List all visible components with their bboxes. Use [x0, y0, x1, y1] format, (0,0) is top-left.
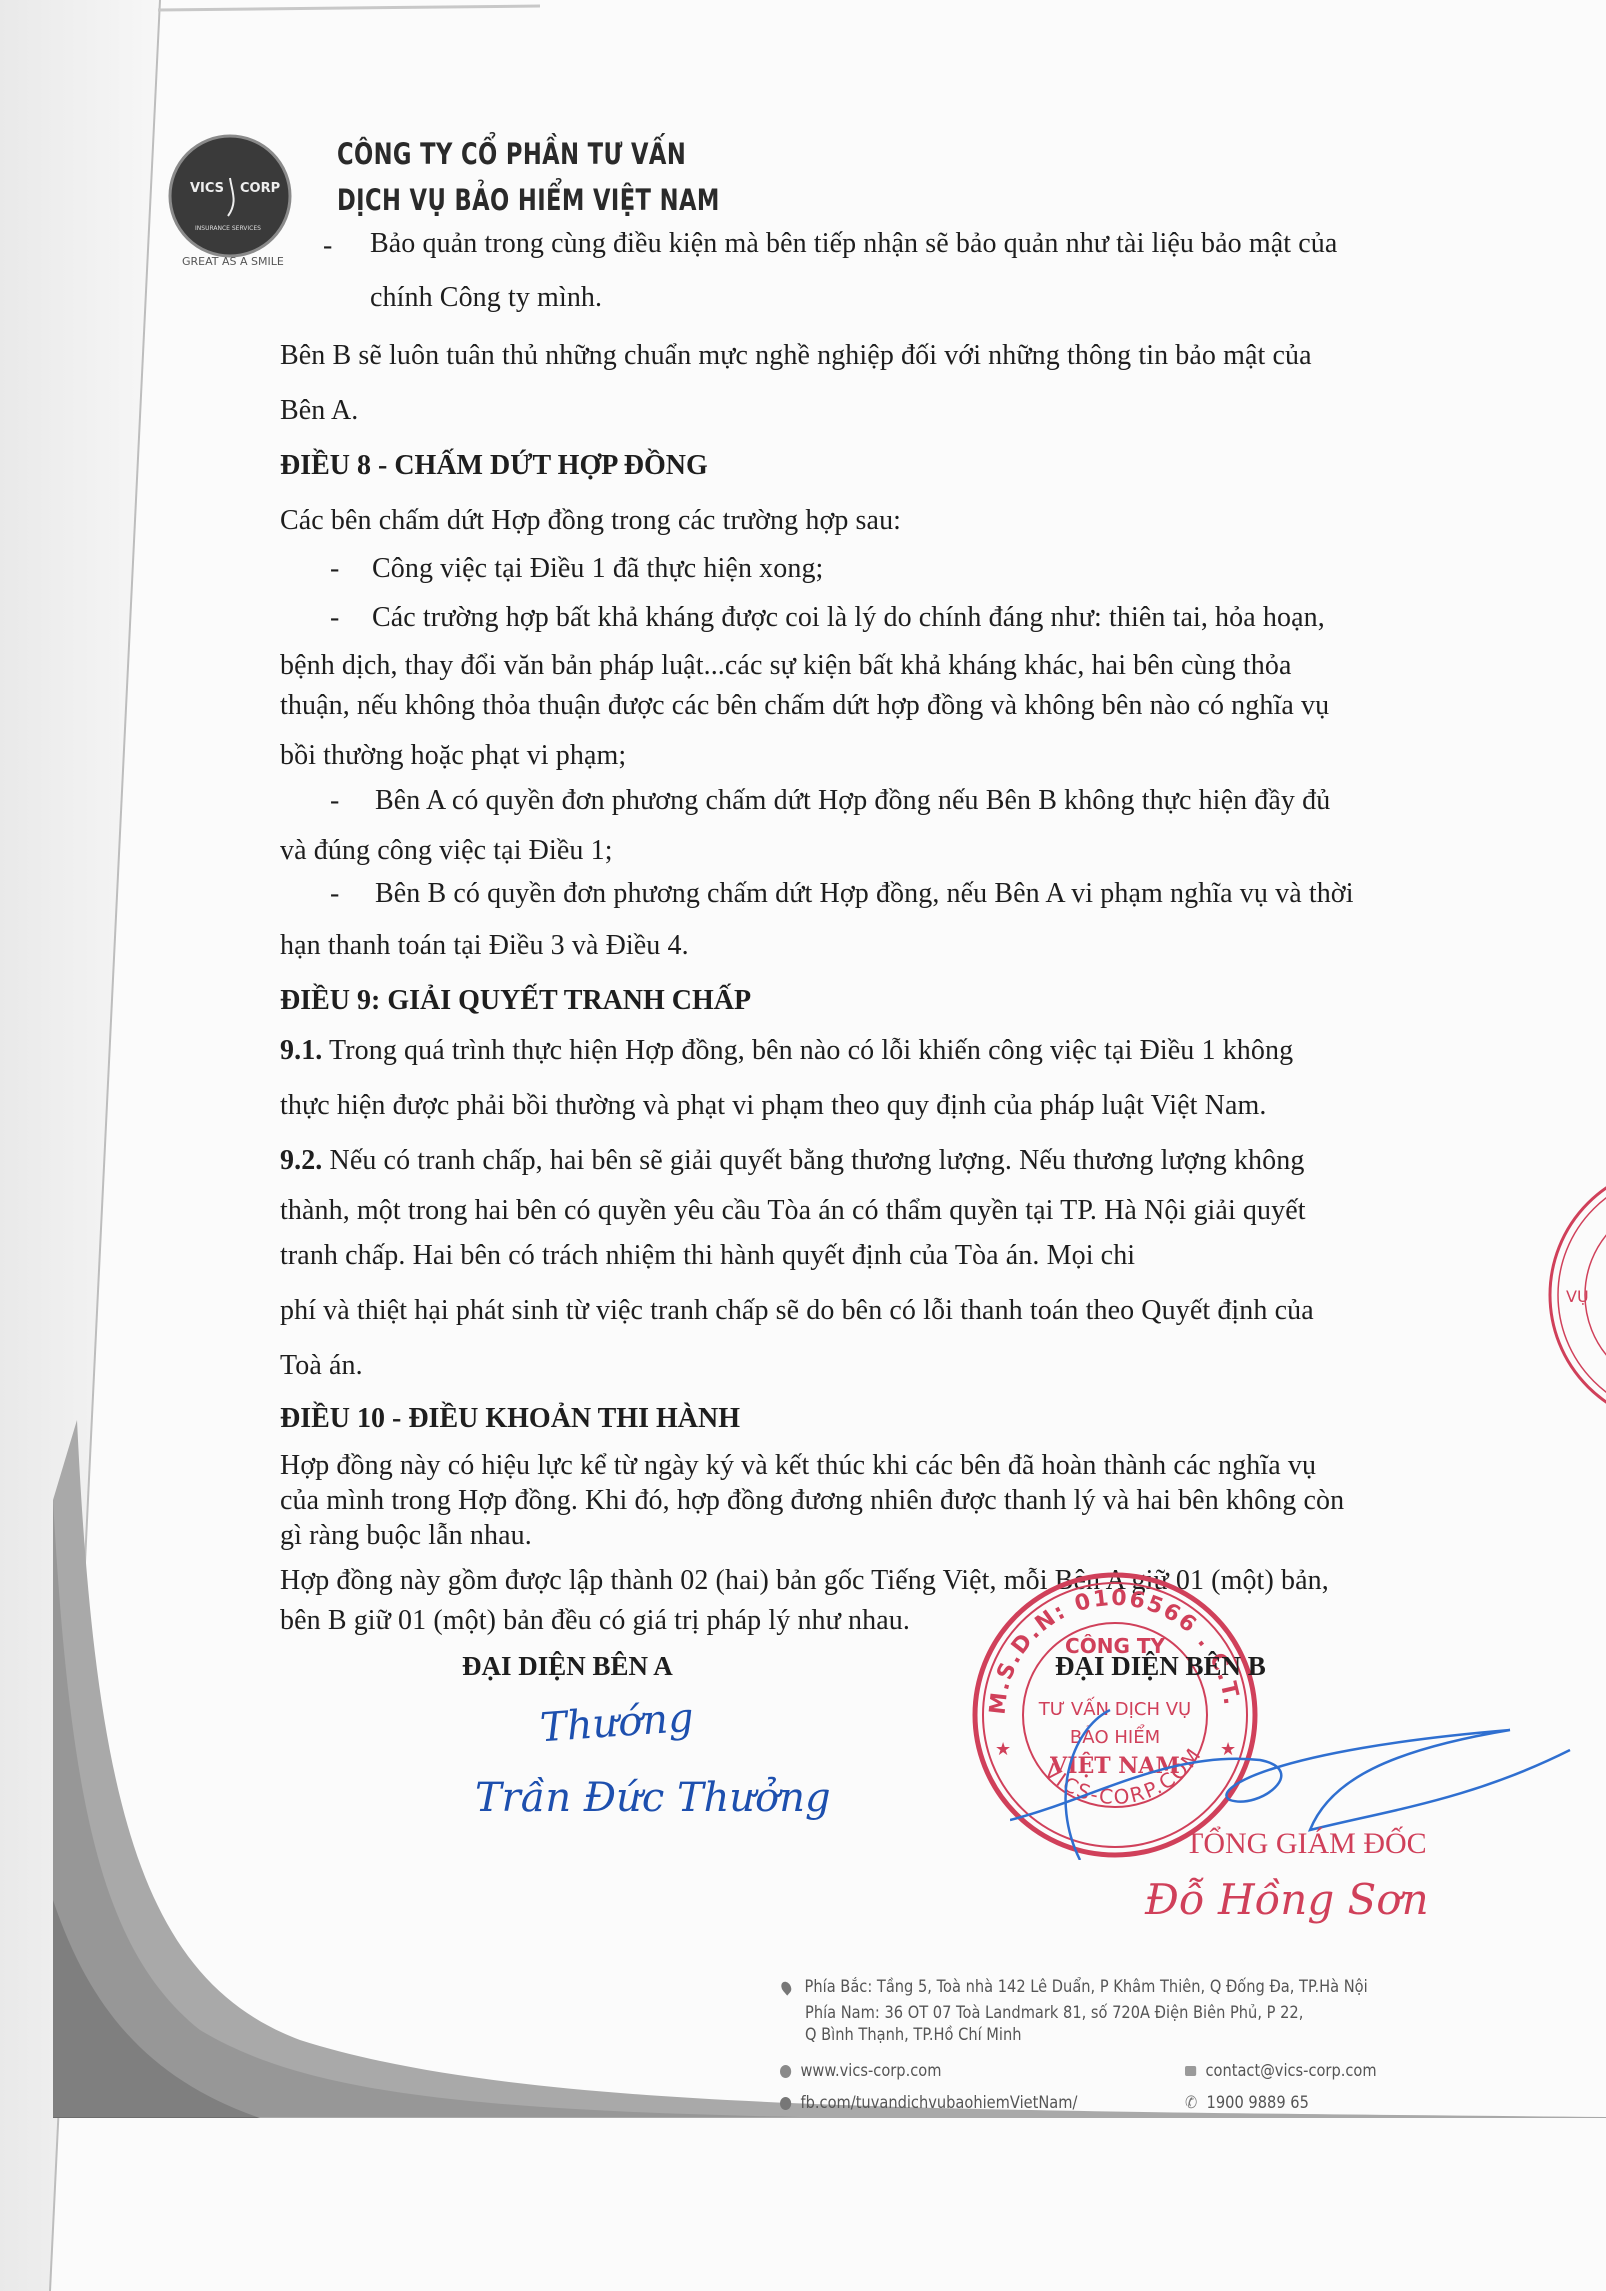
text-line: Bên A.: [280, 395, 358, 427]
partial-stamp: VỤ: [1540, 1160, 1606, 1430]
text-line: thực hiện được phải bồi thường và phạt v…: [280, 1090, 1266, 1122]
text-line: Bảo quản trong cùng điều kiện mà bên tiế…: [370, 228, 1337, 260]
party-a-label: ĐẠI DIỆN BÊN A: [462, 1650, 673, 1682]
logo-slogan: GREAT AS A SMILE: [182, 255, 284, 268]
party-b-label: ĐẠI DIỆN BÊN B: [1055, 1650, 1266, 1682]
text-line: hạn thanh toán tại Điều 3 và Điều 4.: [280, 930, 689, 962]
text-line: Bên B có quyền đơn phương chấm dứt Hợp đ…: [375, 878, 1354, 910]
text-line: Toà án.: [280, 1350, 363, 1382]
bullet: -: [330, 785, 339, 817]
text-line: của mình trong Hợp đồng. Khi đó, hợp đồn…: [280, 1485, 1344, 1517]
article9-heading: ĐIỀU 9: GIẢI QUYẾT TRANH CHẤP: [280, 985, 751, 1017]
svg-text:INSURANCE SERVICES: INSURANCE SERVICES: [195, 225, 261, 232]
footer-south-address-line2: Q Bình Thạnh, TP.Hồ Chí Minh: [805, 2025, 1022, 2045]
footer-south-address-line1: Phía Nam: 36 OT 07 Toà Landmark 81, số 7…: [805, 2003, 1303, 2023]
company-name-line2: DỊCH VỤ BẢO HIỂM VIỆT NAM: [337, 183, 720, 217]
svg-text:VỤ: VỤ: [1566, 1287, 1589, 1306]
text-line: thành, một trong hai bên có quyền yêu cầ…: [280, 1195, 1306, 1227]
footer-north-address: Phía Bắc: Tầng 5, Toà nhà 142 Lê Duẩn, P…: [782, 1977, 1368, 1997]
footer-email[interactable]: contact@vics-corp.com: [1185, 2061, 1377, 2081]
company-name-line1: CÔNG TY CỔ PHẦN TƯ VẤN: [337, 137, 686, 171]
svg-text:★: ★: [995, 1739, 1011, 1759]
bullet: -: [330, 602, 339, 634]
article8-heading: ĐIỀU 8 - CHẤM DỨT HỢP ĐỒNG: [280, 450, 708, 482]
map-pin-icon: [779, 1979, 793, 1995]
bullet: -: [330, 553, 339, 585]
logo-text-right: CORP: [240, 181, 280, 196]
clause-9-1: 9.1. Trong quá trình thực hiện Hợp đồng,…: [280, 1035, 1293, 1067]
text-line: bên B giữ 01 (một) bản đều có giá trị ph…: [280, 1605, 910, 1637]
party-a-name: Trần Đức Thưởng: [475, 1775, 831, 1821]
article10-heading: ĐIỀU 10 - ĐIỀU KHOẢN THI HÀNH: [280, 1403, 740, 1435]
logo-text-left: VICS: [190, 181, 224, 196]
footer-website[interactable]: www.vics-corp.com: [780, 2061, 941, 2081]
text-line: thuận, nếu không thỏa thuận được các bên…: [280, 690, 1329, 722]
text-line: Bên A có quyền đơn phương chấm dứt Hợp đ…: [375, 785, 1330, 817]
text-line: tranh chấp. Hai bên có trách nhiệm thi h…: [280, 1240, 1135, 1272]
text-line: Các trường hợp bất khả kháng được coi là…: [372, 602, 1325, 634]
phone-icon: ✆: [1185, 2093, 1197, 2113]
party-b-name: Đỗ Hồng Sơn: [1145, 1875, 1429, 1924]
text-line: chính Công ty mình.: [370, 282, 602, 314]
text-line: gì ràng buộc lẫn nhau.: [280, 1520, 532, 1552]
globe-icon: [780, 2065, 791, 2078]
footer-facebook[interactable]: fb.com/tuvandichvubaohiemVietNam/: [780, 2093, 1077, 2113]
text-line: Hợp đồng này có hiệu lực kể từ ngày ký v…: [280, 1450, 1316, 1482]
footer-phone[interactable]: ✆ 1900 9889 65: [1185, 2093, 1309, 2113]
mail-icon: [1185, 2066, 1196, 2076]
bullet: -: [330, 878, 339, 910]
document-page: VICS CORP INSURANCE SERVICES GREAT AS A …: [0, 0, 1606, 2291]
text-line: và đúng công việc tại Điều 1;: [280, 835, 613, 867]
text-line: Các bên chấm dứt Hợp đồng trong các trườ…: [280, 505, 901, 537]
party-b-title: TỔNG GIÁM ĐỐC: [1185, 1827, 1427, 1861]
facebook-icon: [780, 2097, 791, 2110]
text-line: phí và thiệt hại phát sinh từ việc tranh…: [280, 1295, 1314, 1327]
text-line: Bên B sẽ luôn tuân thủ những chuẩn mực n…: [280, 340, 1312, 372]
text-line: bồi thường hoặc phạt vi phạm;: [280, 740, 626, 772]
bullet: -: [323, 230, 332, 262]
company-logo: VICS CORP INSURANCE SERVICES GREAT AS A …: [160, 130, 300, 270]
text-line: Công việc tại Điều 1 đã thực hiện xong;: [372, 553, 823, 585]
clause-9-2: 9.2. Nếu có tranh chấp, hai bên sẽ giải …: [280, 1145, 1304, 1177]
text-line: bệnh dịch, thay đổi văn bản pháp luật...…: [280, 650, 1292, 682]
